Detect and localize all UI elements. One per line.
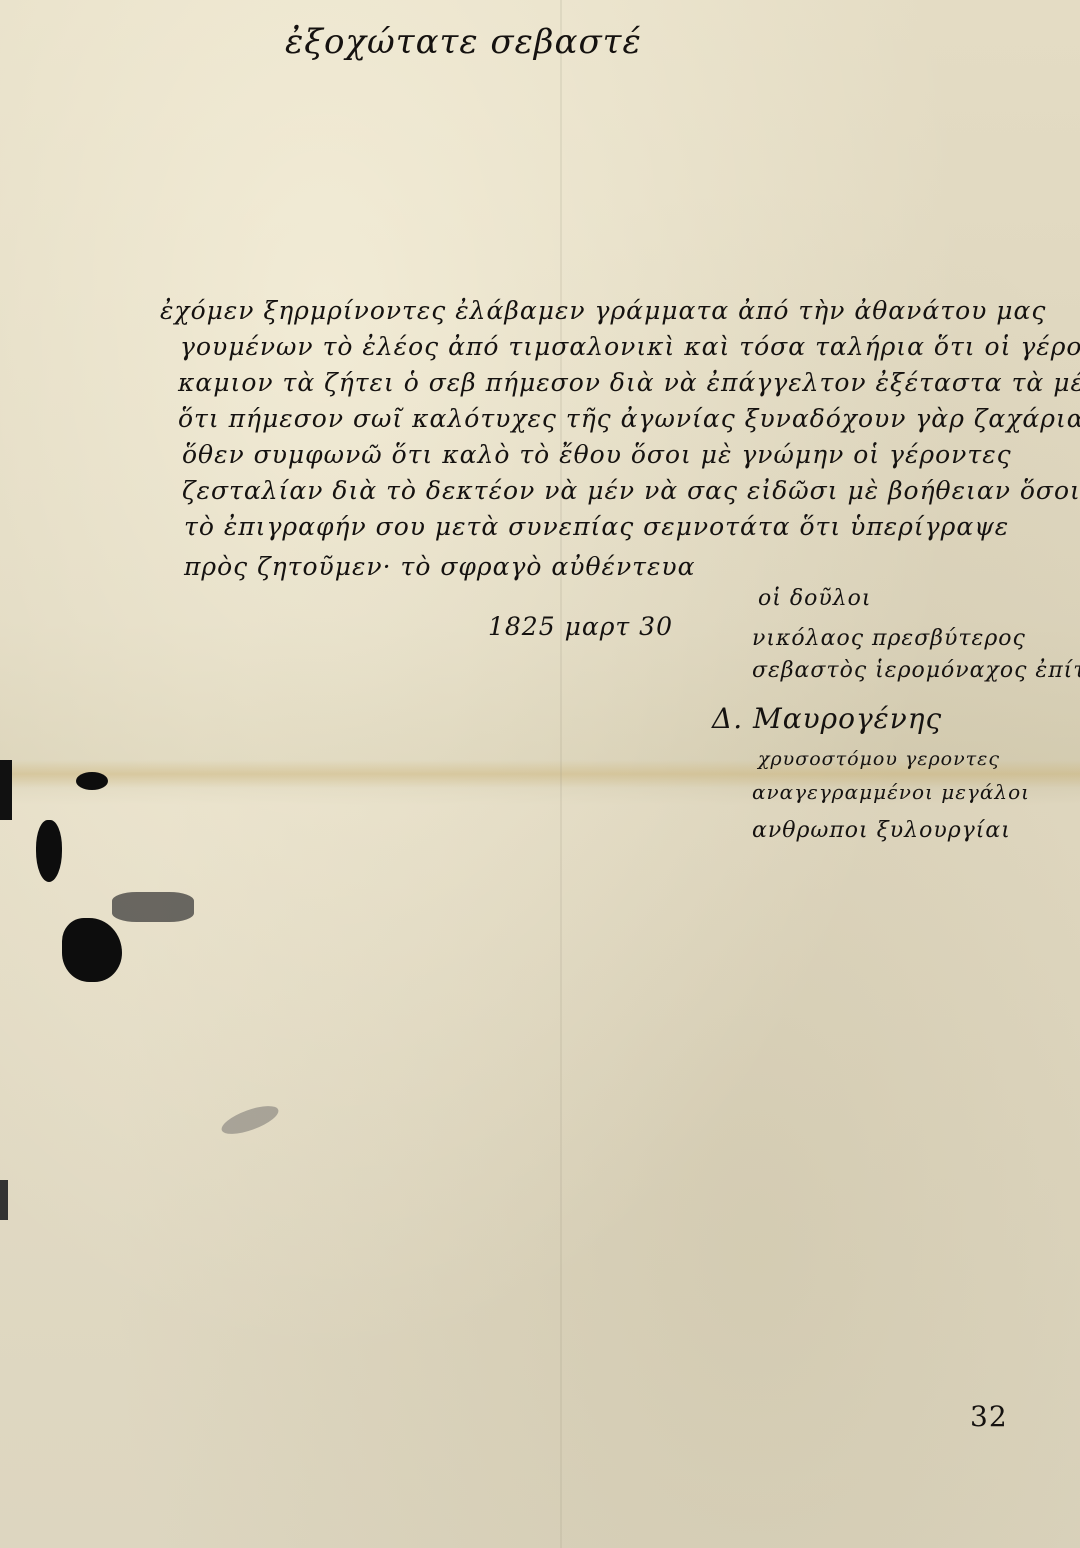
body-line-4: ὅτι πήμεσον σωῖ καλότυχες τῆς ἀγωνίας ξυ… bbox=[178, 404, 1080, 433]
page-number: 32 bbox=[970, 1400, 1008, 1433]
body-line-5: ὅθεν συμφωνῶ ὅτι καλὸ τὸ ἔθου ὅσοι μὲ γν… bbox=[182, 440, 1012, 469]
vertical-fold-crease bbox=[560, 0, 562, 1548]
signature-line: αναγεγραμμένοι μεγάλοι bbox=[752, 780, 1030, 804]
ink-blot bbox=[36, 820, 62, 882]
torn-edge bbox=[0, 1180, 8, 1220]
torn-edge bbox=[0, 760, 12, 820]
signature-line: νικόλαος πρεσβύτερος bbox=[752, 626, 1026, 651]
body-line-2: γουμένων τὸ ἐλέος ἀπό τιμσαλονικὶ καὶ τό… bbox=[180, 332, 1080, 361]
signature-closing: οἱ δοῦλοι bbox=[758, 586, 872, 611]
body-line-6: ζεσταλίαν διὰ τὸ δεκτέον νὰ μέν νὰ σας ε… bbox=[182, 476, 1080, 505]
signature-line: χρυσοστόμου γεροντες bbox=[758, 748, 1000, 770]
body-line-3: καμιον τὰ ζήτει ὁ σεβ πήμεσον διὰ νὰ ἐπά… bbox=[178, 368, 1080, 397]
document-date: 1825 μαρτ 30 bbox=[488, 612, 673, 641]
body-line-7: τὸ ἐπιγραφήν σου μετὰ συνεπίας σεμνοτάτα… bbox=[184, 512, 1009, 541]
document-heading: ἐξοχώτατε σεβαστέ bbox=[285, 22, 642, 62]
ink-smudge bbox=[112, 892, 194, 922]
signature-main: Δ. Μαυρογένης bbox=[712, 702, 942, 735]
signature-line: ανθρωποι ξυλουργίαι bbox=[752, 818, 1011, 843]
signature-line: σεβαστὸς ἱερομόναχος ἐπίτροπος bbox=[752, 658, 1080, 683]
body-line-8: πρὸς ζητοῦμεν· τὸ σφραγὸ αὐθέντευα bbox=[184, 552, 695, 581]
ink-blot bbox=[76, 772, 108, 790]
body-line-1: ἐχόμεν ξηρμρίνοντες ἐλάβαμεν γράμματα ἀπ… bbox=[160, 296, 1046, 325]
